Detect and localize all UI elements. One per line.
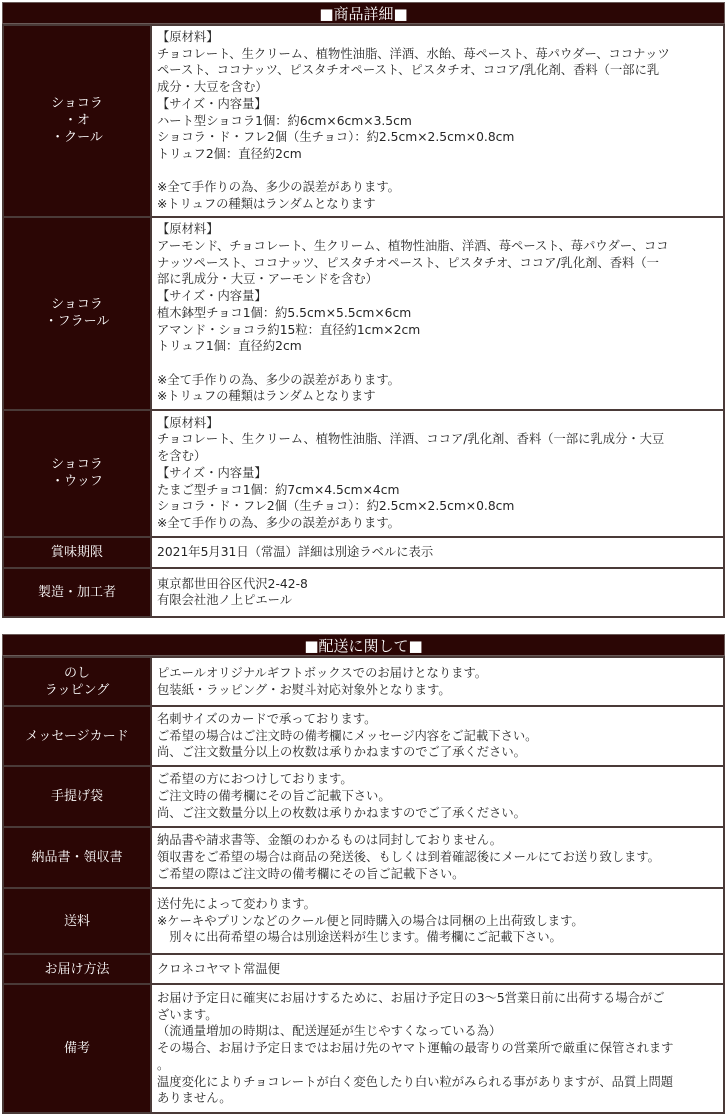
row-label-noshi-wrapping: のし ラッピング — [3, 657, 151, 706]
product-details-table: ショコラ ・オ ・クール 【原材料】 チョコレート、生クリーム、植物性油脂、洋酒… — [2, 24, 725, 618]
row-content-chocola-oeuf: 【原材料】 チョコレート、生クリーム、植物性油脂、洋酒、ココア/乳化剤、香料（一… — [151, 410, 724, 537]
table-row: ショコラ ・フラール 【原材料】 アーモンド、チョコレート、生クリーム、植物性油… — [3, 217, 724, 410]
table-row: 納品書・領収書 納品書や請求書等、金額のわかるものは同封しておりません。 領収書… — [3, 827, 724, 888]
ingredients-heading: 【原材料】 — [157, 221, 719, 238]
product-details-section: ■商品詳細■ ショコラ ・オ ・クール 【原材料】 チョコレート、生クリーム、植… — [2, 2, 725, 618]
row-content-paper-bag: ご希望の方におつけしております。 ご注文時の備考欄にその旨ご記載下さい。 尚、ご… — [151, 766, 724, 827]
note: ※全て手作りの為、多少の誤差があります。 — [157, 372, 719, 389]
row-content-delivery-method: クロネコヤマト常温便 — [151, 954, 724, 984]
shipping-section: ■配送に関して■ のし ラッピング ピエールオリジナルギフトボックスでのお届けと… — [2, 634, 725, 1114]
row-content-noshi-wrapping: ピエールオリジナルギフトボックスでのお届けとなります。 包装紙・ラッピング・お熨… — [151, 657, 724, 706]
row-content-remarks: お届け予定日に確実にお届けするために、お届け予定日の3～5営業日前に出荷する場合… — [151, 984, 724, 1113]
row-label-chocola-oeuf: ショコラ ・ウッフ — [3, 410, 151, 537]
size-heading: 【サイズ・内容量】 — [157, 288, 719, 305]
row-content-chocola-floral: 【原材料】 アーモンド、チョコレート、生クリーム、植物性油脂、洋酒、苺ペースト、… — [151, 217, 724, 410]
row-label-manufacturer: 製造・加工者 — [3, 568, 151, 617]
size-heading: 【サイズ・内容量】 — [157, 96, 719, 113]
row-label-paper-bag: 手提げ袋 — [3, 766, 151, 827]
row-label-shipping-fee: 送料 — [3, 888, 151, 954]
size-heading: 【サイズ・内容量】 — [157, 465, 719, 482]
row-label-remarks: 備考 — [3, 984, 151, 1113]
table-row: お届け方法 クロネコヤマト常温便 — [3, 954, 724, 984]
note: ※全て手作りの為、多少の誤差があります。 — [157, 179, 719, 196]
row-content-invoice-receipt: 納品書や請求書等、金額のわかるものは同封しておりません。 領収書をご希望の場合は… — [151, 827, 724, 888]
table-row: 備考 お届け予定日に確実にお届けするために、お届け予定日の3～5営業日前に出荷す… — [3, 984, 724, 1113]
product-details-header: ■商品詳細■ — [2, 2, 725, 24]
row-content-best-before: 2021年5月31日（常温）詳細は別途ラベルに表示 — [151, 537, 724, 568]
note: ※トリュフの種類はランダムとなります — [157, 196, 719, 213]
shipping-header: ■配送に関して■ — [2, 634, 725, 656]
ingredients-heading: 【原材料】 — [157, 29, 719, 46]
manufacturer-name: 有限会社池ノ上ピエール — [157, 592, 719, 609]
row-label-invoice-receipt: 納品書・領収書 — [3, 827, 151, 888]
shipping-table: のし ラッピング ピエールオリジナルギフトボックスでのお届けとなります。 包装紙… — [2, 656, 725, 1114]
table-row: ショコラ ・ウッフ 【原材料】 チョコレート、生クリーム、植物性油脂、洋酒、ココ… — [3, 410, 724, 537]
table-row: 手提げ袋 ご希望の方におつけしております。 ご注文時の備考欄にその旨ご記載下さい… — [3, 766, 724, 827]
row-label-best-before: 賞味期限 — [3, 537, 151, 568]
table-row: 送料 送付先によって変わります。 ※ケーキやプリンなどのクール便と同時購入の場合… — [3, 888, 724, 954]
row-content-chocola-au-coeur: 【原材料】 チョコレート、生クリーム、植物性油脂、洋酒、水飴、苺ペースト、苺パウ… — [151, 25, 724, 217]
ingredients-heading: 【原材料】 — [157, 415, 719, 432]
manufacturer-address: 東京都世田谷区代沢2-42-8 — [157, 576, 719, 593]
table-row: メッセージカード 名刺サイズのカードで承っております。 ご希望の場合はご注文時の… — [3, 706, 724, 766]
table-row: 賞味期限 2021年5月31日（常温）詳細は別途ラベルに表示 — [3, 537, 724, 568]
row-content-manufacturer: 東京都世田谷区代沢2-42-8 有限会社池ノ上ピエール — [151, 568, 724, 617]
table-row: ショコラ ・オ ・クール 【原材料】 チョコレート、生クリーム、植物性油脂、洋酒… — [3, 25, 724, 217]
row-content-message-card: 名刺サイズのカードで承っております。 ご希望の場合はご注文時の備考欄にメッセージ… — [151, 706, 724, 766]
note: ※トリュフの種類はランダムとなります — [157, 388, 719, 405]
note: ※全て手作りの為、多少の誤差があります。 — [157, 515, 719, 532]
row-label-message-card: メッセージカード — [3, 706, 151, 766]
row-label-chocola-au-coeur: ショコラ ・オ ・クール — [3, 25, 151, 217]
table-row: のし ラッピング ピエールオリジナルギフトボックスでのお届けとなります。 包装紙… — [3, 657, 724, 706]
row-content-shipping-fee: 送付先によって変わります。 ※ケーキやプリンなどのクール便と同時購入の場合は同梱… — [151, 888, 724, 954]
table-row: 製造・加工者 東京都世田谷区代沢2-42-8 有限会社池ノ上ピエール — [3, 568, 724, 617]
row-label-chocola-floral: ショコラ ・フラール — [3, 217, 151, 410]
row-label-delivery-method: お届け方法 — [3, 954, 151, 984]
